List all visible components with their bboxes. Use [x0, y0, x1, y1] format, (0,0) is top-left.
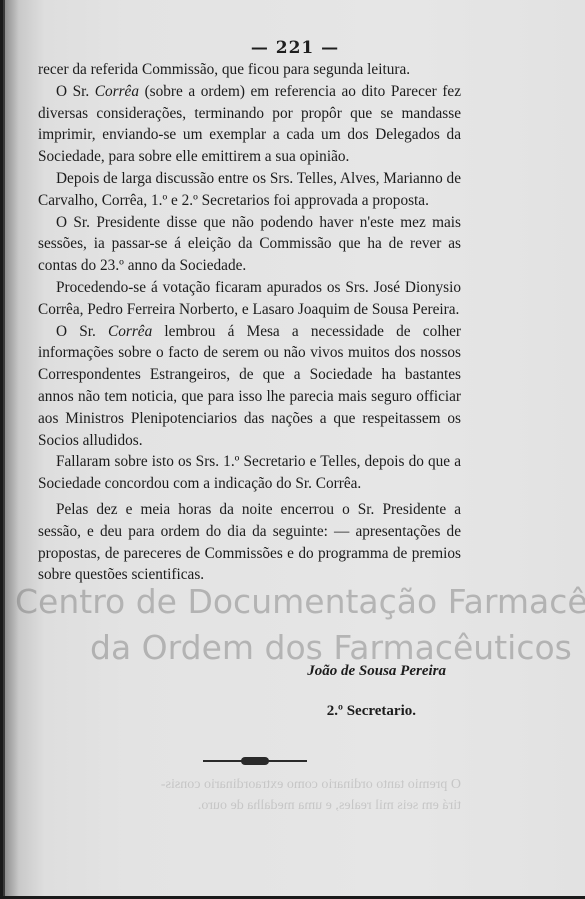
paragraph-body: lembrou á Mesa a necessidade de colher i… [38, 323, 461, 449]
paragraph-correa-correspondents: O Sr. Corrêa lembrou á Mesa a necessidad… [38, 321, 461, 452]
paragraph-closing: Pelas dez e meia horas da noite encerrou… [38, 499, 461, 586]
minutes-text: recer da referida Commissão, que ficou p… [38, 59, 461, 586]
speaker-name: Corrêa [95, 83, 139, 100]
paragraph-agreement: Fallaram sobre isto os Srs. 1.º Secretar… [38, 451, 461, 495]
paragraph-prefix: O Sr. [56, 323, 108, 340]
signatory-role: 2.º Secretario. [5, 703, 416, 720]
paragraph-correa-proposal: O Sr. Corrêa (sobre a ordem) em referenc… [38, 81, 461, 168]
paragraph-discussion: Depois de larga discussão entre os Srs. … [38, 168, 461, 212]
ornament-divider [203, 757, 307, 765]
watermark-line-2: da Ordem dos Farmacêuticos [90, 628, 572, 667]
bleed-through-line-1: O premio tanto ordinario como extraordin… [38, 777, 461, 793]
book-page: Centro de Documentação Farmacêutica da O… [3, 0, 585, 896]
signature: João de Sousa Pereira [5, 663, 446, 680]
paragraph-continuation: recer da referida Commissão, que ficou p… [38, 59, 461, 81]
paragraph-vote: Procedendo-se á votação ficaram apurados… [38, 277, 461, 321]
watermark-line-1: Centro de Documentação Farmacêutica [15, 582, 585, 621]
page-number: — 221 — [5, 38, 585, 58]
paragraph-prefix: O Sr. [56, 83, 95, 100]
bleed-through-line-2: tirá em seis mil reales, e uma medalha d… [38, 798, 461, 814]
speaker-name: Corrêa [108, 323, 152, 340]
paragraph-president: O Sr. Presidente disse que não podendo h… [38, 212, 461, 277]
divider-knot [241, 757, 269, 765]
